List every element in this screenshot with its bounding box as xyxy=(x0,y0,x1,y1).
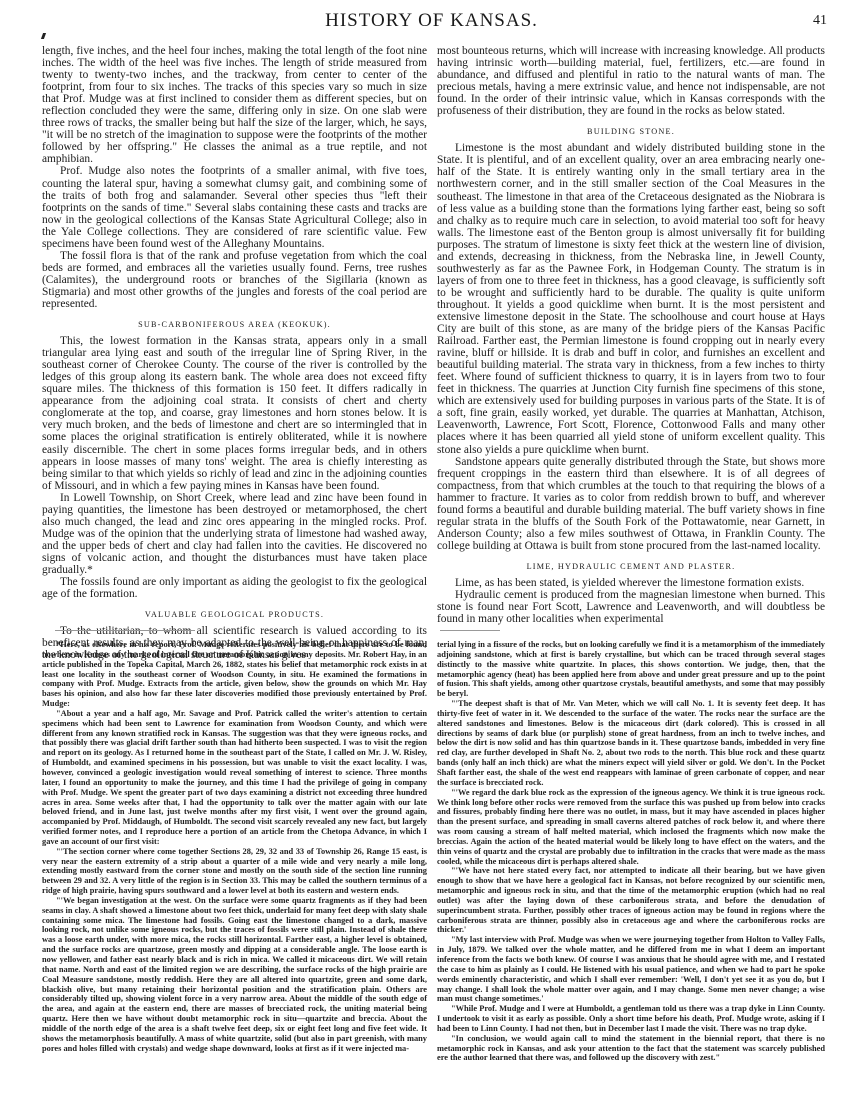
footnote-paragraph: "My last interview with Prof. Mudge was … xyxy=(437,935,825,1004)
footnote-paragraph: "'We have not here stated every fact, no… xyxy=(437,866,825,935)
paragraph: Limestone is the most abundant and widel… xyxy=(437,142,825,455)
footnote-paragraph: terial lying in a fissure of the rocks, … xyxy=(437,640,825,699)
section-heading-keokuk: SUB-CARBONIFEROUS AREA (KEOKUK). xyxy=(42,319,427,331)
section-heading-lime: LIME, HYDRAULIC CEMENT AND PLASTER. xyxy=(437,561,825,573)
footnote-paragraph: "About a year and a half ago, Mr. Savage… xyxy=(42,709,427,847)
footnote-divider xyxy=(55,630,195,631)
section-heading-building-stone: BUILDING STONE. xyxy=(437,126,825,138)
paragraph: Hydraulic cement is produced from the ma… xyxy=(437,589,825,625)
footnote-paragraph: "While Prof. Mudge and I were at Humbold… xyxy=(437,1004,825,1034)
paragraph: The fossils found are only important as … xyxy=(42,576,427,600)
running-title: HISTORY OF KANSAS. xyxy=(0,10,863,32)
footnote-paragraph: "In conclusion, we would again call to m… xyxy=(437,1034,825,1064)
right-column: most bounteous returns, which will incre… xyxy=(437,45,825,625)
paragraph: length, five inches, and the heel four i… xyxy=(42,45,427,165)
left-column: length, five inches, and the heel four i… xyxy=(42,45,427,661)
footnote-paragraph: "'We began investigation at the west. On… xyxy=(42,896,427,1054)
footnote-paragraph: "'We regard the dark blue rock as the ex… xyxy=(437,788,825,867)
paragraph: most bounteous returns, which will incre… xyxy=(437,45,825,117)
footnote-paragraph: *Here, as elsewhere in his report, Prof.… xyxy=(42,640,427,709)
paragraph: Sandstone appears quite generally distri… xyxy=(437,456,825,552)
section-heading-products: VALUABLE GEOLOGICAL PRODUCTS. xyxy=(42,609,427,621)
paragraph: This, the lowest formation in the Kansas… xyxy=(42,335,427,492)
footnote-paragraph: "'The section corner where come together… xyxy=(42,847,427,896)
footnotes-left: *Here, as elsewhere in his report, Prof.… xyxy=(42,640,427,1053)
footnotes-right: terial lying in a fissure of the rocks, … xyxy=(437,640,825,1063)
paragraph: Prof. Mudge also notes the footprints of… xyxy=(42,165,427,249)
paragraph: The fossil flora is that of the rank and… xyxy=(42,250,427,310)
paragraph: Lime, as has been stated, is yielded whe… xyxy=(437,577,825,589)
paragraph: In Lowell Township, on Short Creek, wher… xyxy=(42,492,427,576)
footnote-divider xyxy=(440,630,500,631)
page-number: 41 xyxy=(813,13,827,29)
footnote-paragraph: "'The deepest shaft is that of Mr. Van M… xyxy=(437,699,825,788)
page-header: HISTORY OF KANSAS. 41 xyxy=(0,0,863,40)
